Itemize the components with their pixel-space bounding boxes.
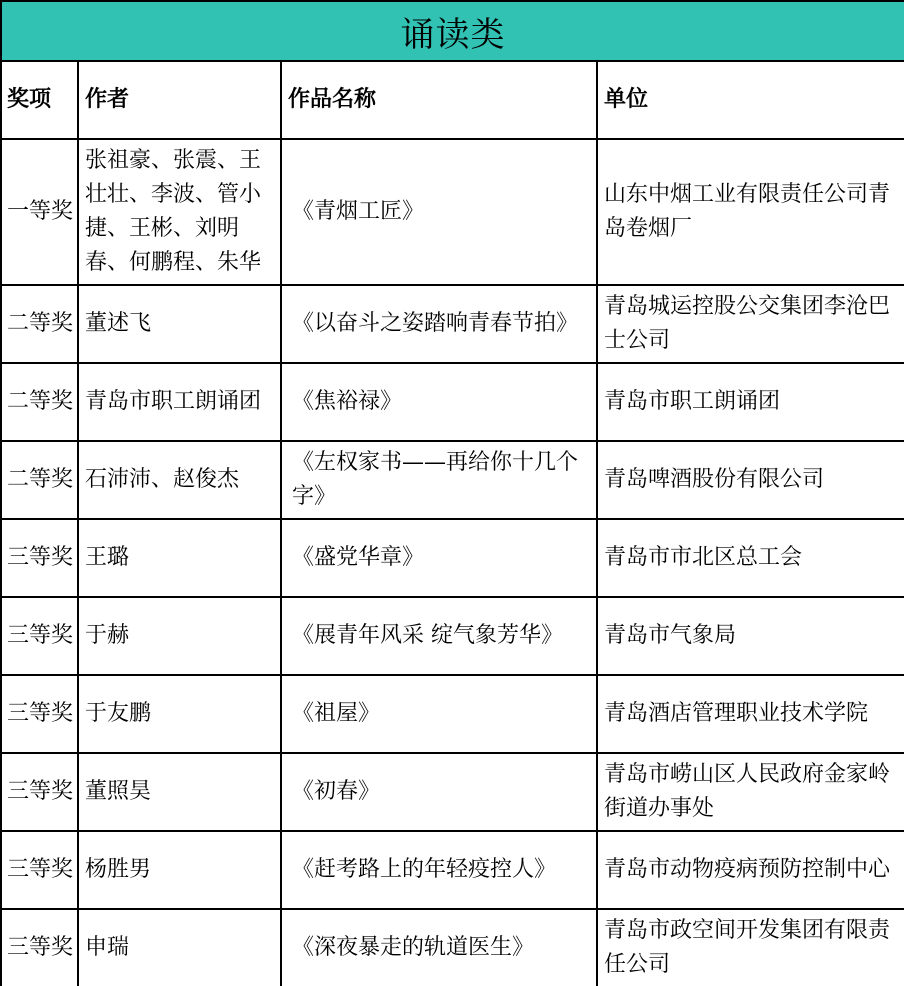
author-cell: 青岛市职工朗诵团 [78,363,281,441]
award-cell: 二等奖 [2,363,78,441]
unit-cell: 青岛市崂山区人民政府金家岭街道办事处 [597,753,904,831]
unit-cell: 青岛啤酒股份有限公司 [597,441,904,519]
author-cell: 张祖豪、张震、王壮壮、李波、管小捷、王彬、刘明春、何鹏程、朱华 [78,139,281,285]
unit-cell: 青岛市市北区总工会 [597,519,904,597]
award-cell: 二等奖 [2,285,78,363]
unit-cell: 山东中烟工业有限责任公司青岛卷烟厂 [597,139,904,285]
unit-cell: 青岛城运控股公交集团李沧巴士公司 [597,285,904,363]
work-title-cell: 《盛党华章》 [281,519,597,597]
work-title-cell: 《以奋斗之姿踏响青春节拍》 [281,285,597,363]
author-cell: 申瑞 [78,909,281,986]
work-title-cell: 《青烟工匠》 [281,139,597,285]
award-cell: 三等奖 [2,909,78,986]
author-cell: 杨胜男 [78,831,281,909]
table-row: 三等奖 董照昊 《初春》 青岛市崂山区人民政府金家岭街道办事处 [2,753,904,831]
table-row: 二等奖 石沛沛、赵俊杰 《左权家书——再给你十几个字》 青岛啤酒股份有限公司 [2,441,904,519]
award-cell: 三等奖 [2,597,78,675]
table-row: 二等奖 青岛市职工朗诵团 《焦裕禄》 青岛市职工朗诵团 [2,363,904,441]
author-cell: 王璐 [78,519,281,597]
work-title-cell: 《赶考路上的年轻疫控人》 [281,831,597,909]
work-title-cell: 《左权家书——再给你十几个字》 [281,441,597,519]
header-award: 奖项 [2,62,78,139]
table-row: 三等奖 申瑞 《深夜暴走的轨道医生》 青岛市政空间开发集团有限责任公司 [2,909,904,986]
awards-sheet: 诵读类 奖项 作者 作品名称 单位 一等奖 张祖豪、张震、王壮壮、李波、管小捷、… [0,0,904,986]
author-cell: 于友鹏 [78,675,281,753]
header-work-title: 作品名称 [281,62,597,139]
unit-cell: 青岛酒店管理职业技术学院 [597,675,904,753]
category-title: 诵读类 [2,2,904,62]
work-title-cell: 《焦裕禄》 [281,363,597,441]
award-cell: 三等奖 [2,519,78,597]
award-cell: 一等奖 [2,139,78,285]
award-cell: 二等奖 [2,441,78,519]
work-title-cell: 《祖屋》 [281,675,597,753]
table-row: 三等奖 杨胜男 《赶考路上的年轻疫控人》 青岛市动物疫病预防控制中心 [2,831,904,909]
awards-table: 奖项 作者 作品名称 单位 一等奖 张祖豪、张震、王壮壮、李波、管小捷、王彬、刘… [2,62,904,986]
author-cell: 于赫 [78,597,281,675]
table-row: 三等奖 王璐 《盛党华章》 青岛市市北区总工会 [2,519,904,597]
unit-cell: 青岛市职工朗诵团 [597,363,904,441]
table-row: 三等奖 于赫 《展青年风采 绽气象芳华》 青岛市气象局 [2,597,904,675]
award-cell: 三等奖 [2,753,78,831]
table-row: 一等奖 张祖豪、张震、王壮壮、李波、管小捷、王彬、刘明春、何鹏程、朱华 《青烟工… [2,139,904,285]
work-title-cell: 《深夜暴走的轨道医生》 [281,909,597,986]
table-row: 二等奖 董述飞 《以奋斗之姿踏响青春节拍》 青岛城运控股公交集团李沧巴士公司 [2,285,904,363]
work-title-cell: 《展青年风采 绽气象芳华》 [281,597,597,675]
unit-cell: 青岛市动物疫病预防控制中心 [597,831,904,909]
work-title-cell: 《初春》 [281,753,597,831]
table-row: 三等奖 于友鹏 《祖屋》 青岛酒店管理职业技术学院 [2,675,904,753]
unit-cell: 青岛市气象局 [597,597,904,675]
award-cell: 三等奖 [2,675,78,753]
award-cell: 三等奖 [2,831,78,909]
header-author: 作者 [78,62,281,139]
table-header-row: 奖项 作者 作品名称 单位 [2,62,904,139]
unit-cell: 青岛市政空间开发集团有限责任公司 [597,909,904,986]
author-cell: 石沛沛、赵俊杰 [78,441,281,519]
author-cell: 董述飞 [78,285,281,363]
header-unit: 单位 [597,62,904,139]
author-cell: 董照昊 [78,753,281,831]
